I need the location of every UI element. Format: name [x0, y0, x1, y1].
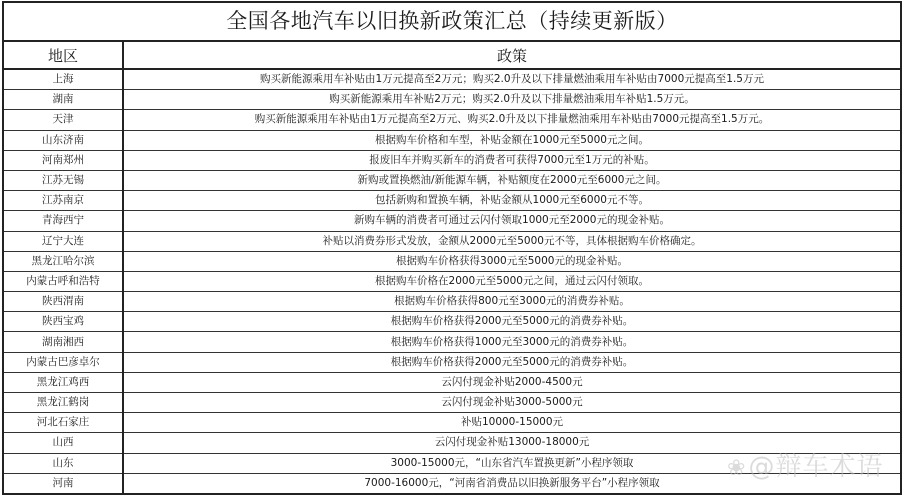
- table-row: 黑龙江哈尔滨根据购车价格获得3000元至5000元的现金补贴。: [4, 251, 900, 271]
- region-cell: 天津: [4, 110, 123, 130]
- table-row: 黑龙江鸡西云闪付现金补贴2000-4500元: [4, 372, 900, 392]
- policy-cell: 3000-15000元，“山东省汽车置换更新”小程序领取: [123, 453, 900, 473]
- region-cell: 陕西宝鸡: [4, 312, 123, 332]
- policy-table: 地区 政策 上海购买新能源乘用车补贴由1万元提高至2万元；购买2.0升及以下排量…: [4, 42, 900, 493]
- table-row: 河南7000-16000元，“河南省消费品以旧换新服务平台”小程序领取: [4, 473, 900, 493]
- region-cell: 河南: [4, 473, 123, 493]
- policy-cell: 根据购车价格获得1000元至3000元的消费券补贴。: [123, 332, 900, 352]
- region-cell: 上海: [4, 69, 123, 90]
- column-header-region: 地区: [4, 42, 123, 69]
- policy-cell: 购买新能源乘用车补贴2万元；购买2.0升及以下排量燃油乘用车补贴1.5万元。: [123, 90, 900, 110]
- policy-cell: 补贴10000-15000元: [123, 413, 900, 433]
- region-cell: 山东: [4, 453, 123, 473]
- region-cell: 山西: [4, 433, 123, 453]
- region-cell: 湖南湘西: [4, 332, 123, 352]
- region-cell: 辽宁大连: [4, 231, 123, 251]
- table-row: 天津购买新能源乘用车补贴由1万元提高至2万元、购买2.0升及以下排量燃油乘用车补…: [4, 110, 900, 130]
- policy-cell: 包括新购和置换车辆，补贴金额从1000元至6000元不等。: [123, 191, 900, 211]
- policy-cell: 新购或置换燃油/新能源车辆，补贴额度在2000元至6000元之间。: [123, 170, 900, 190]
- table-row: 江苏南京包括新购和置换车辆，补贴金额从1000元至6000元不等。: [4, 191, 900, 211]
- table-row: 山东济南根据购车价格和车型，补贴金额在1000元至5000元之间。: [4, 130, 900, 150]
- policy-cell: 新购车辆的消费者可通过云闪付领取1000元至2000元的现金补贴。: [123, 211, 900, 231]
- table-row: 湖南湘西根据购车价格获得1000元至3000元的消费券补贴。: [4, 332, 900, 352]
- region-cell: 黑龙江鸡西: [4, 372, 123, 392]
- policy-cell: 购买新能源乘用车补贴由1万元提高至2万元、购买2.0升及以下排量燃油乘用车补贴由…: [123, 110, 900, 130]
- table-row: 陕西宝鸡根据购车价格获得2000元至5000元的消费券补贴。: [4, 312, 900, 332]
- region-cell: 黑龙江鹤岗: [4, 393, 123, 413]
- table-row: 辽宁大连补贴以消费券形式发放，金额从2000元至5000元不等，具体根据购车价格…: [4, 231, 900, 251]
- policy-cell: 云闪付现金补贴13000-18000元: [123, 433, 900, 453]
- region-cell: 黑龙江哈尔滨: [4, 251, 123, 271]
- table-row: 内蒙古呼和浩特根据购车价格在2000元至5000元之间，通过云闪付领取。: [4, 271, 900, 291]
- region-cell: 陕西渭南: [4, 292, 123, 312]
- table-row: 上海购买新能源乘用车补贴由1万元提高至2万元；购买2.0升及以下排量燃油乘用车补…: [4, 69, 900, 90]
- policy-cell: 根据购车价格获得800元至3000元的消费券补贴。: [123, 292, 900, 312]
- policy-cell: 根据购车价格获得3000元至5000元的现金补贴。: [123, 251, 900, 271]
- region-cell: 湖南: [4, 90, 123, 110]
- column-header-policy: 政策: [123, 42, 900, 69]
- policy-cell: 根据购车价格获得2000元至5000元的消费券补贴。: [123, 312, 900, 332]
- region-cell: 青海西宁: [4, 211, 123, 231]
- region-cell: 江苏南京: [4, 191, 123, 211]
- policy-cell: 报废旧车并购买新车的消费者可获得7000元至1万元的补贴。: [123, 150, 900, 170]
- page-title: 全国各地汽车以旧换新政策汇总（持续更新版）: [4, 3, 900, 42]
- region-cell: 内蒙古呼和浩特: [4, 271, 123, 291]
- table-row: 青海西宁新购车辆的消费者可通过云闪付领取1000元至2000元的现金补贴。: [4, 211, 900, 231]
- table-row: 黑龙江鹤岗云闪付现金补贴3000-5000元: [4, 393, 900, 413]
- policy-cell: 7000-16000元，“河南省消费品以旧换新服务平台”小程序领取: [123, 473, 900, 493]
- region-cell: 江苏无锡: [4, 170, 123, 190]
- policy-cell: 补贴以消费券形式发放，金额从2000元至5000元不等，具体根据购车价格确定。: [123, 231, 900, 251]
- table-row: 河南郑州报废旧车并购买新车的消费者可获得7000元至1万元的补贴。: [4, 150, 900, 170]
- policy-cell: 购买新能源乘用车补贴由1万元提高至2万元；购买2.0升及以下排量燃油乘用车补贴由…: [123, 69, 900, 90]
- table-header-row: 地区 政策: [4, 42, 900, 69]
- region-cell: 山东济南: [4, 130, 123, 150]
- policy-cell: 根据购车价格和车型，补贴金额在1000元至5000元之间。: [123, 130, 900, 150]
- policy-sheet: 全国各地汽车以旧换新政策汇总（持续更新版） 地区 政策 上海购买新能源乘用车补贴…: [2, 1, 902, 495]
- policy-cell: 根据购车价格获得2000元至5000元的消费券补贴。: [123, 352, 900, 372]
- region-cell: 河南郑州: [4, 150, 123, 170]
- table-row: 内蒙古巴彦卓尔根据购车价格获得2000元至5000元的消费券补贴。: [4, 352, 900, 372]
- policy-cell: 云闪付现金补贴2000-4500元: [123, 372, 900, 392]
- table-row: 山东3000-15000元，“山东省汽车置换更新”小程序领取: [4, 453, 900, 473]
- table-row: 湖南购买新能源乘用车补贴2万元；购买2.0升及以下排量燃油乘用车补贴1.5万元。: [4, 90, 900, 110]
- policy-cell: 云闪付现金补贴3000-5000元: [123, 393, 900, 413]
- table-row: 江苏无锡新购或置换燃油/新能源车辆，补贴额度在2000元至6000元之间。: [4, 170, 900, 190]
- table-row: 陕西渭南根据购车价格获得800元至3000元的消费券补贴。: [4, 292, 900, 312]
- table-row: 河北石家庄补贴10000-15000元: [4, 413, 900, 433]
- policy-cell: 根据购车价格在2000元至5000元之间，通过云闪付领取。: [123, 271, 900, 291]
- region-cell: 内蒙古巴彦卓尔: [4, 352, 123, 372]
- table-row: 山西云闪付现金补贴13000-18000元: [4, 433, 900, 453]
- region-cell: 河北石家庄: [4, 413, 123, 433]
